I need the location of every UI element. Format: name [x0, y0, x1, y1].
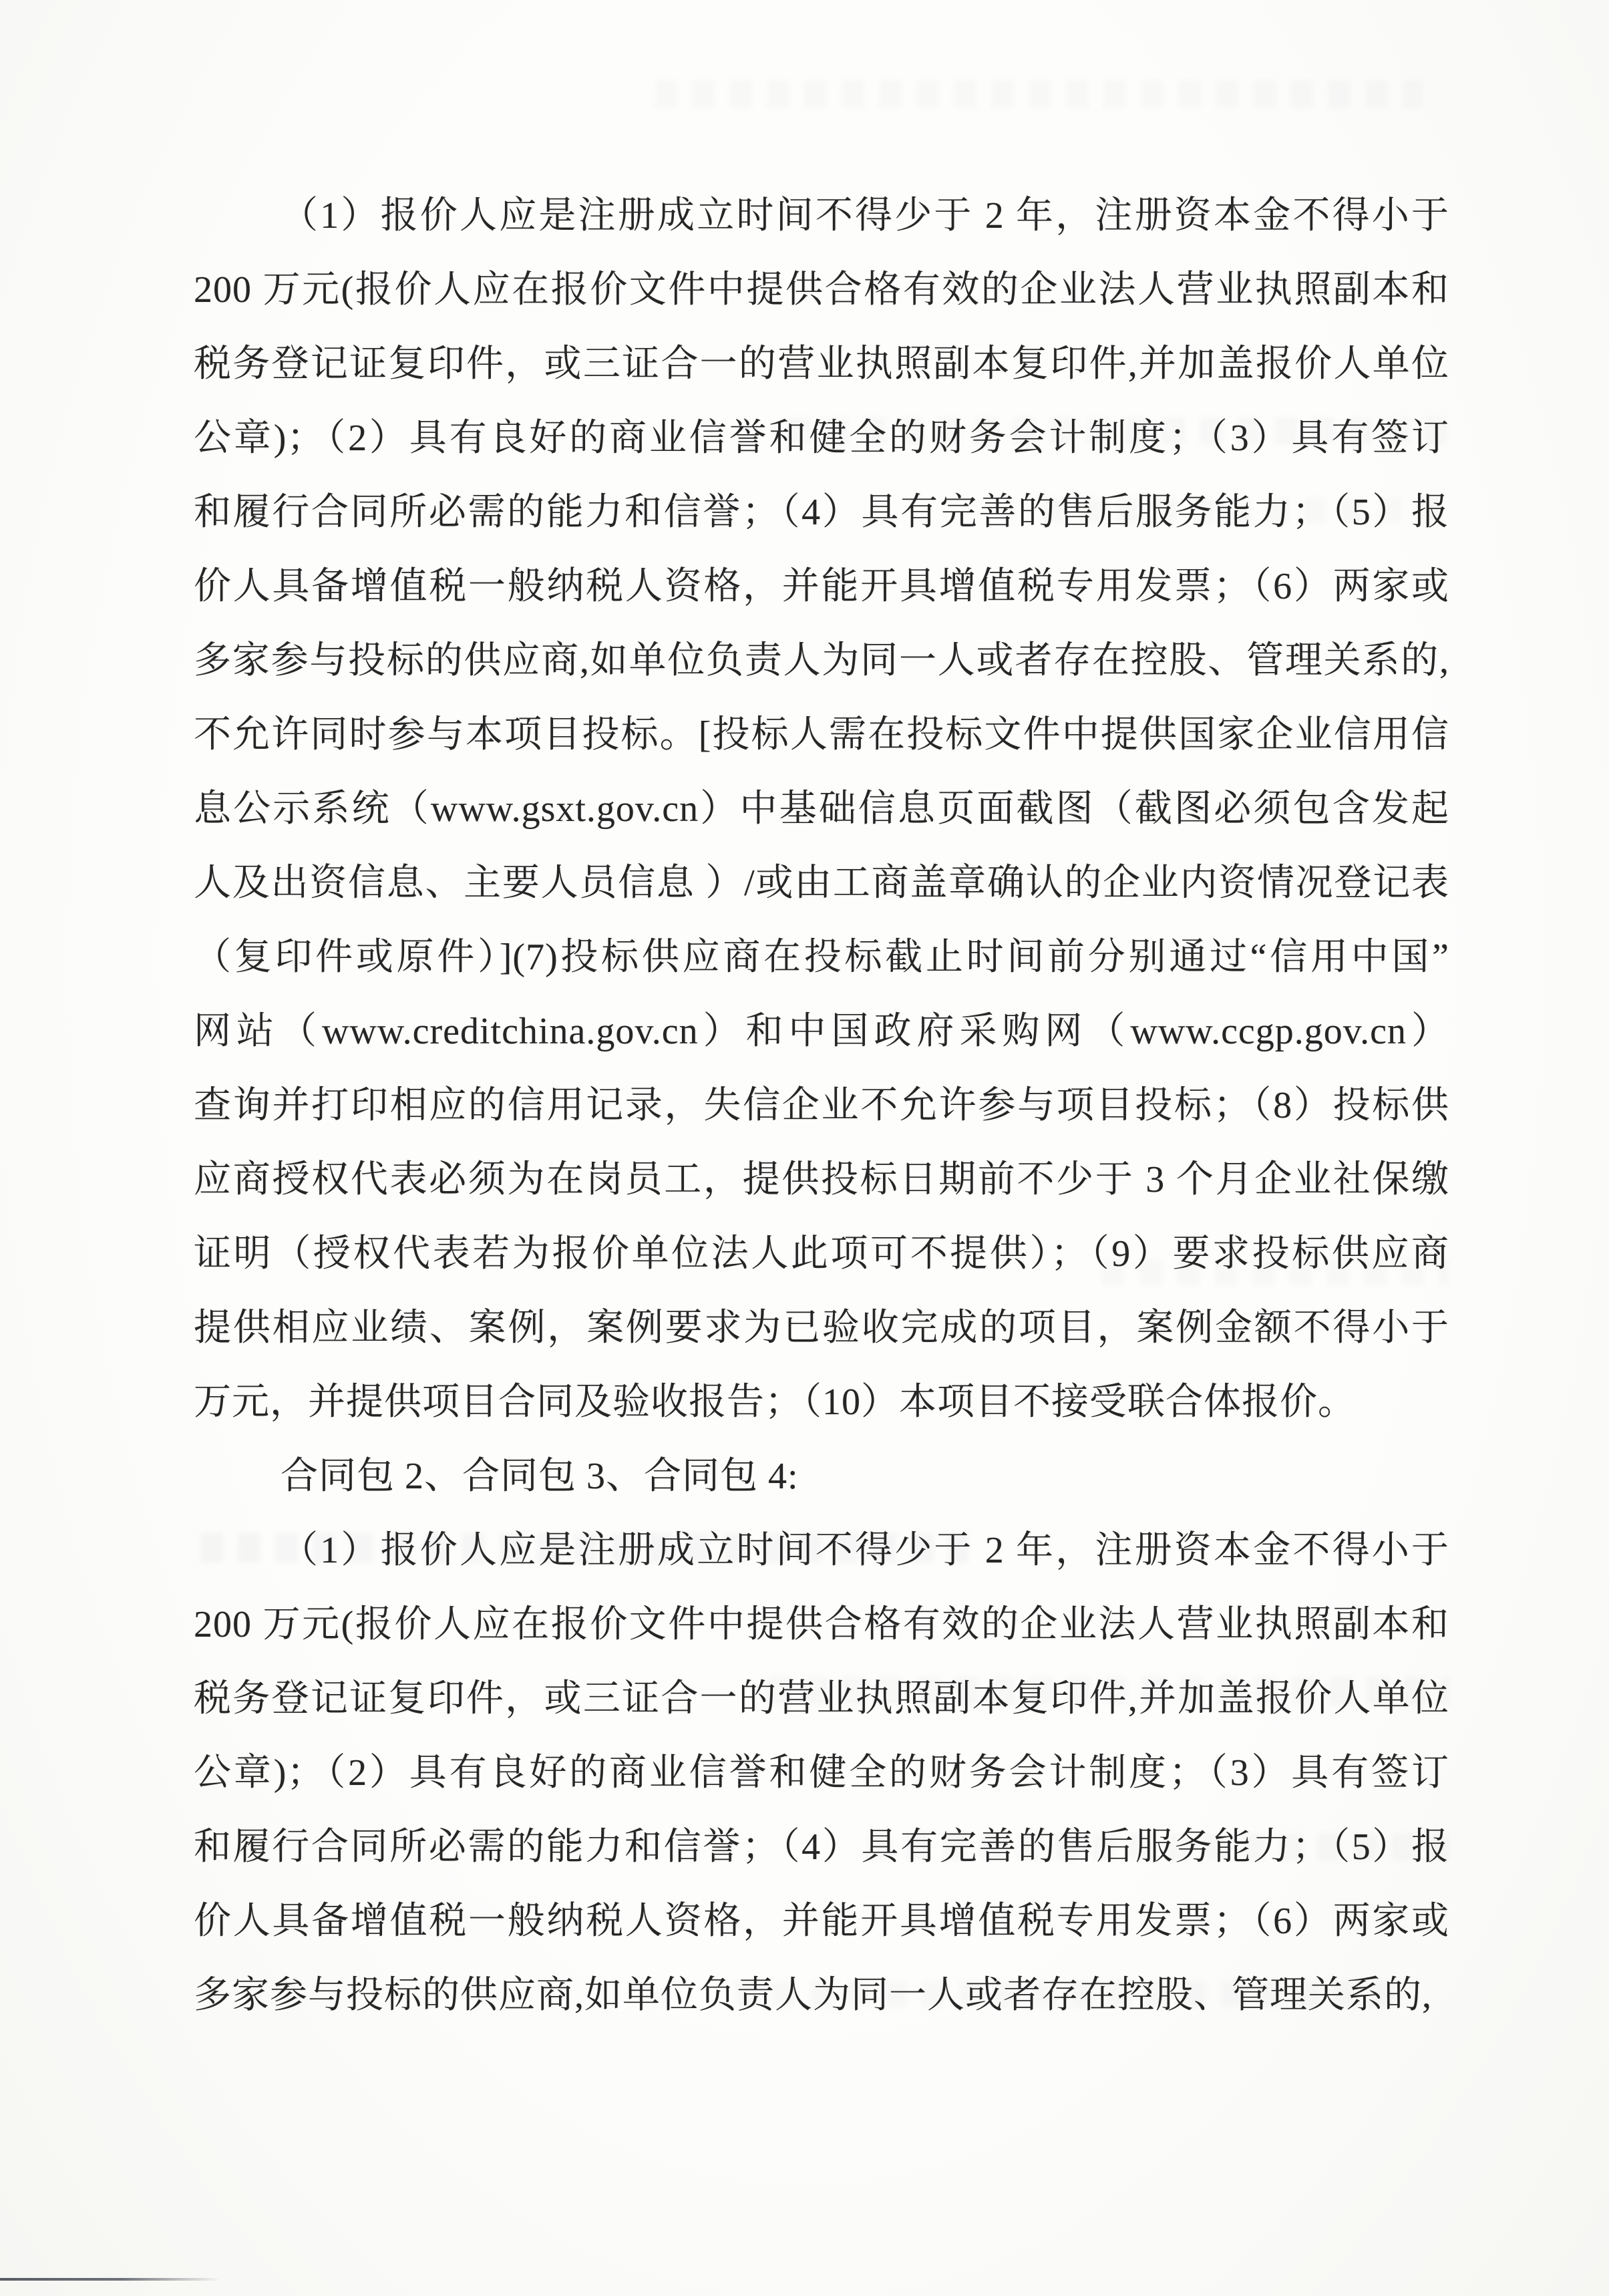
- text-line: 和履行合同所必需的能力和信誉；（4）具有完善的售后服务能力；（5）报: [194, 1810, 1449, 1884]
- text-line: 网站（www.creditchina.gov.cn）和中国政府采购网（www.c…: [194, 995, 1449, 1069]
- text-line: 价人具备增值税一般纳税人资格，并能开具增值税专用发票；（6）两家或: [194, 550, 1449, 624]
- text-line: 人及出资信息、主要人员信息 ）/或由工商盖章确认的企业内资情况登记表: [194, 846, 1449, 921]
- text-line: 合同包 2、合同包 3、合同包 4:: [194, 1440, 1449, 1514]
- text-line: 不允许同时参与本项目投标。[投标人需在投标文件中提供国家企业信用信: [194, 698, 1449, 772]
- text-line: 200 万元(报价人应在报价文件中提供合格有效的企业法人营业执照副本和: [194, 253, 1449, 327]
- text-line: 多家参与投标的供应商,如单位负责人为同一人或者存在控股、管理关系的,: [194, 624, 1449, 698]
- text-line: 证明（授权代表若为报价单位法人此项可不提供）；（9）要求投标供应商: [194, 1217, 1449, 1291]
- text-line: 价人具备增值税一般纳税人资格，并能开具增值税专用发票；（6）两家或: [194, 1884, 1449, 1959]
- text-line: 200 万元(报价人应在报价文件中提供合格有效的企业法人营业执照副本和: [194, 1588, 1449, 1662]
- text-line: （复印件或原件）](7)投标供应商在投标截止时间前分别通过“信用中国”: [194, 921, 1449, 995]
- text-line: （1）报价人应是注册成立时间不得少于 2 年，注册资本金不得小于: [194, 179, 1449, 253]
- text-line: 应商授权代表必须为在岗员工，提供投标日期前不少于 3 个月企业社保缴纳: [194, 1143, 1449, 1217]
- text-line: 提供相应业绩、案例，案例要求为已验收完成的项目，案例金额不得小于 50: [194, 1291, 1449, 1365]
- bleed-through-artifact: [655, 80, 1423, 108]
- text-line: 查询并打印相应的信用记录，失信企业不允许参与项目投标；（8）投标供: [194, 1069, 1449, 1143]
- body-text: （1）报价人应是注册成立时间不得少于 2 年，注册资本金不得小于200 万元(报…: [194, 179, 1449, 2033]
- text-line: 税务登记证复印件，或三证合一的营业执照副本复印件,并加盖报价人单位: [194, 1662, 1449, 1736]
- text-line: 多家参与投标的供应商,如单位负责人为同一人或者存在控股、管理关系的,: [194, 1959, 1449, 2033]
- text-line: 公章)；（2）具有良好的商业信誉和健全的财务会计制度；（3）具有签订: [194, 401, 1449, 476]
- text-line: 税务登记证复印件，或三证合一的营业执照副本复印件,并加盖报价人单位: [194, 327, 1449, 401]
- scanned-document-page: （1）报价人应是注册成立时间不得少于 2 年，注册资本金不得小于200 万元(报…: [0, 0, 1609, 2296]
- text-line: （1）报价人应是注册成立时间不得少于 2 年，注册资本金不得小于: [194, 1514, 1449, 1588]
- text-line: 和履行合同所必需的能力和信誉；（4）具有完善的售后服务能力；（5）报: [194, 476, 1449, 550]
- text-line: 息公示系统（www.gsxt.gov.cn）中基础信息页面截图（截图必须包含发起: [194, 772, 1449, 846]
- scan-edge-artifact: [0, 2278, 220, 2281]
- text-line: 公章)；（2）具有良好的商业信誉和健全的财务会计制度；（3）具有签订: [194, 1736, 1449, 1810]
- text-line: 万元，并提供项目合同及验收报告；（10）本项目不接受联合体报价。: [194, 1365, 1449, 1440]
